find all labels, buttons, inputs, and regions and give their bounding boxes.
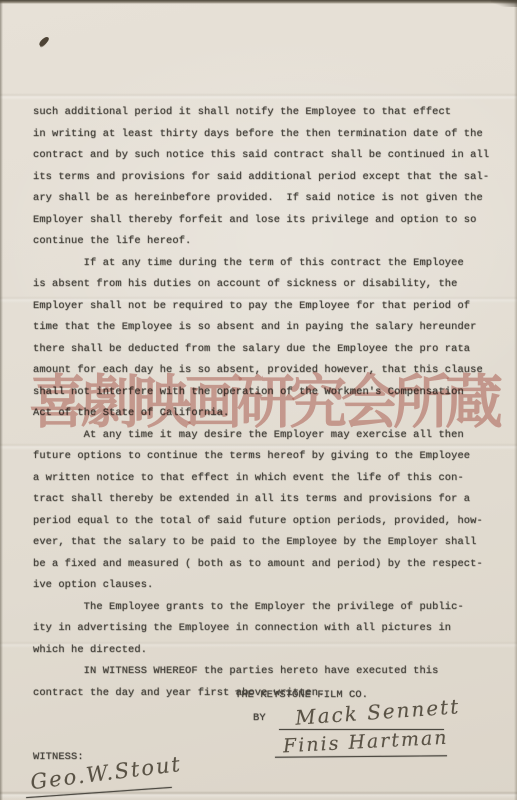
scanned-contract-page: such additional period it shall notify t… xyxy=(0,0,517,800)
text-line: continue the life hereof. xyxy=(33,231,489,253)
text-line: Employer shall thereby forfeit and lose … xyxy=(33,210,489,232)
text-line: ever, that the salary to be paid to the … xyxy=(33,532,489,554)
witness-label: WITNESS: xyxy=(33,751,84,763)
text-line: shall not interfere with the operation o… xyxy=(33,382,489,404)
text-line: is absent from his duties on account of … xyxy=(33,274,489,296)
text-line: Act of the State of California. xyxy=(33,403,489,425)
text-line: period equal to the total of said future… xyxy=(33,511,489,533)
text-line: The Employee grants to the Employer the … xyxy=(33,597,489,619)
by-label: BY xyxy=(253,712,266,724)
text-line: tract shall thereby be extended in all i… xyxy=(33,489,489,511)
scan-corner-shadow xyxy=(491,0,517,7)
signature-finis-hartman: Finis Hartman xyxy=(283,727,449,758)
scan-edge-top xyxy=(0,0,517,4)
text-line: there shall be deducted from the salary … xyxy=(33,339,489,361)
text-line: in writing at least thirty days before t… xyxy=(33,124,489,146)
signature-line xyxy=(275,755,447,758)
text-line: which he directed. xyxy=(33,640,489,662)
text-line: Employer shall not be required to pay th… xyxy=(33,296,489,318)
contract-body-text: such additional period it shall notify t… xyxy=(33,102,489,704)
text-line: amount for each day he is so absent, pro… xyxy=(33,360,489,382)
text-line: future options to continue the terms her… xyxy=(33,446,489,468)
scan-edge-left xyxy=(0,0,3,800)
ink-fleck-mark xyxy=(38,36,50,47)
text-line: such additional period it shall notify t… xyxy=(33,102,489,124)
text-line: its terms and provisions for said additi… xyxy=(33,167,489,189)
text-line: ive option clauses. xyxy=(33,575,489,597)
text-line: IN WITNESS WHEREOF the parties hereto ha… xyxy=(33,661,489,683)
text-line: ary shall be as hereinbefore provided. I… xyxy=(33,188,489,210)
text-line: contract and by such notice this said co… xyxy=(33,145,489,167)
text-line: time that the Employee is so absent and … xyxy=(33,317,489,339)
text-line: a written notice to that effect in which… xyxy=(33,468,489,490)
company-name-line: THE KEYSTONE FILM CO. xyxy=(235,689,368,701)
text-line: If at any time during the term of this c… xyxy=(33,253,489,275)
text-line: At any time it may desire the Employer m… xyxy=(33,425,489,447)
text-line: ity in advertising the Employee in conne… xyxy=(33,618,489,640)
text-line: be a fixed and measured ( both as to amo… xyxy=(33,554,489,576)
